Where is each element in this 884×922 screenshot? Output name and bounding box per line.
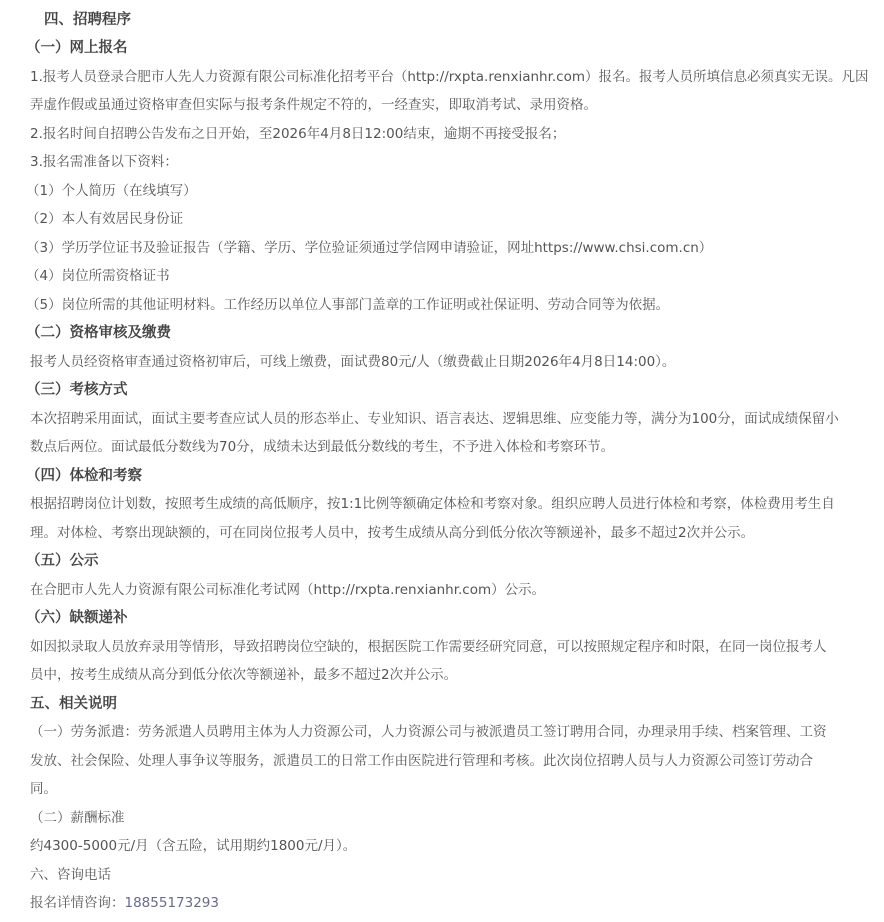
publicity-text: 在合肥市人先人力资源有限公司标准化考试网（http://rxpta.renxia… (30, 580, 545, 600)
contact-line: 报名详情咨询：18855173293 (30, 893, 219, 913)
labor-dispatch-line-1: （一）劳务派遣：劳务派遣人员聘用主体为人力资源公司，人力资源公司与被派遣员工签订… (30, 722, 827, 742)
subsection-vacancy-fill-title: （六）缺额递补 (26, 608, 128, 628)
salary-title: （二）薪酬标准 (30, 808, 125, 828)
material-2: （2）本人有效居民身份证 (26, 209, 183, 229)
assessment-line-1: 本次招聘采用面试，面试主要考查应试人员的形态举止、专业知识、语言表达、逻辑思维、… (30, 409, 839, 429)
material-3: （3）学历学位证书及验证报告（学籍、学历、学位验证须通过学信网申请验证，网址ht… (26, 238, 712, 258)
material-4: （4）岗位所需资格证书 (26, 266, 170, 286)
subsection-online-registration-title: （一）网上报名 (26, 38, 128, 58)
medical-exam-line-1: 根据招聘岗位计划数，按照考生成绩的高低顺序，按1:1比例等额确定体检和考察对象。… (30, 494, 835, 514)
registration-item-1-line-1: 1.报考人员登录合肥市人先人力资源有限公司标准化招考平台（http://rxpt… (30, 67, 869, 87)
labor-dispatch-line-3: 同。 (30, 779, 57, 799)
subsection-medical-exam-title: （四）体检和考察 (26, 466, 142, 486)
vacancy-fill-line-1: 如因拟录取人员放弃录用等情形，导致招聘岗位空缺的，根据医院工作需要经研究同意，可… (30, 637, 827, 657)
registration-item-1-line-2: 弄虚作假或虽通过资格审查但实际与报考条件规定不符的，一经查实，即取消考试、录用资… (30, 95, 597, 115)
medical-exam-line-2: 理。对体检、考察出现缺额的，可在同岗位报考人员中，按考生成绩从高分到低分依次等额… (30, 523, 754, 543)
section-4-title: 四、招聘程序 (44, 10, 131, 30)
assessment-line-2: 数点后两位。面试最低分数线为70分，成绩未达到最低分数线的考生，不予进入体检和考… (30, 437, 614, 457)
subsection-assessment-title: （三）考核方式 (26, 380, 128, 400)
section-5-title: 五、相关说明 (30, 694, 117, 714)
contact-label: 报名详情咨询： (30, 895, 125, 911)
qualification-fee-text: 报考人员经资格审查通过资格初审后，可线上缴费，面试费80元/人（缴费截止日期20… (30, 352, 675, 372)
labor-dispatch-line-2: 发放、社会保险、处理人事争议等服务，派遣员工的日常工作由医院进行管理和考核。此次… (30, 751, 813, 771)
subsection-publicity-title: （五）公示 (26, 551, 99, 571)
contact-phone[interactable]: 18855173293 (125, 895, 219, 911)
subsection-qualification-fee-title: （二）资格审核及缴费 (26, 323, 171, 343)
vacancy-fill-line-2: 员中，按考生成绩从高分到低分依次等额递补，最多不超过2次并公示。 (30, 665, 457, 685)
registration-item-2: 2.报名时间自招聘公告发布之日开始，至2026年4月8日12:00结束，逾期不再… (30, 124, 565, 144)
section-6-title: 六、咨询电话 (30, 865, 111, 885)
material-1: （1）个人简历（在线填写） (26, 181, 197, 201)
salary-text: 约4300-5000元/月（含五险，试用期约1800元/月）。 (30, 836, 356, 856)
material-5: （5）岗位所需的其他证明材料。工作经历以单位人事部门盖章的工作证明或社保证明、劳… (26, 295, 669, 315)
registration-item-3: 3.报名需准备以下资料： (30, 152, 178, 172)
